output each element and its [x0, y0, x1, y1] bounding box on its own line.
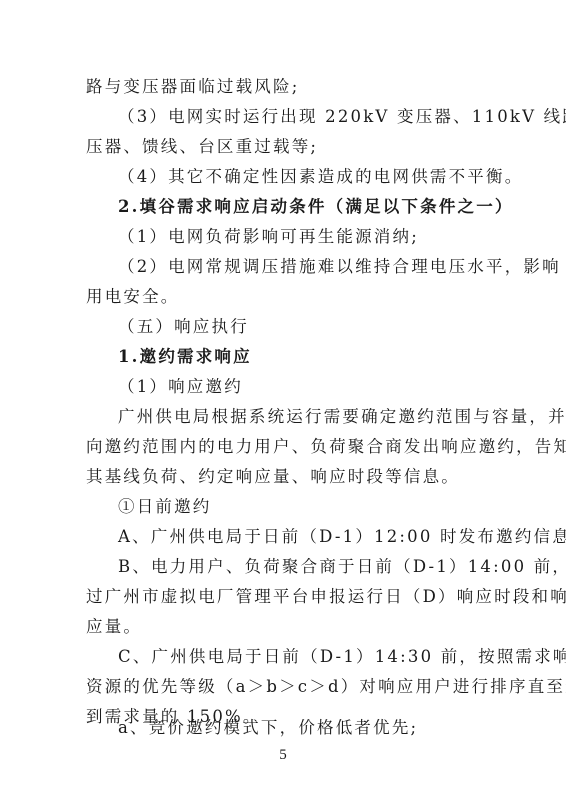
text-line-18: 过广州市虚拟电厂管理平台申报运行日（D）响应时段和响: [86, 587, 566, 607]
item-heading-day-ahead: ①日前邀约: [118, 497, 212, 517]
text-line-1: 路与变压器面临过载风险;: [86, 77, 299, 97]
text-line-13: 向邀约范围内的电力用户、负荷聚合商发出响应邀约，告知: [86, 437, 566, 457]
text-line-12: 广州供电局根据系统运行需要确定邀约范围与容量，并: [118, 407, 566, 427]
text-line-20: C、广州供电局于日前（D-1）14:30 前，按照需求响应: [118, 647, 566, 667]
text-line-17: B、电力用户、负荷聚合商于日前（D-1）14:00 前，通: [118, 557, 566, 577]
section-heading-response-execution: （五）响应执行: [118, 317, 249, 337]
text-line-8: 用电安全。: [86, 287, 180, 307]
text-line-7: （2）电网常规调压措施难以维持合理电压水平，影响: [118, 257, 561, 277]
section-heading-valley-filling: 2.填谷需求响应启动条件（满足以下条件之一）: [118, 197, 514, 217]
text-line-21: 资源的优先等级（a＞b＞c＞d）对响应用户进行排序直至达: [86, 677, 566, 697]
document-page: 路与变压器面临过载风险; （3）电网实时运行出现 220kV 变压器、110kV…: [0, 0, 566, 800]
section-heading-invitation-response: 1.邀约需求响应: [118, 347, 252, 367]
subsection-heading-response-invitation: （1）响应邀约: [118, 377, 243, 397]
text-line-2: （3）电网实时运行出现 220kV 变压器、110kV 线路与变: [118, 107, 566, 127]
text-line-19: 应量。: [86, 617, 142, 637]
text-line-23: a、竞价邀约模式下，价格低者优先;: [118, 718, 418, 738]
text-line-4: （4）其它不确定性因素造成的电网供需不平衡。: [118, 167, 523, 187]
text-line-3: 压器、馈线、台区重过载等;: [86, 137, 318, 157]
text-line-6: （1）电网负荷影响可再生能源消纳;: [118, 227, 419, 247]
text-line-14: 其基线负荷、约定响应量、响应时段等信息。: [86, 467, 460, 487]
page-number: 5: [0, 747, 566, 764]
text-line-16: A、广州供电局于日前（D-1）12:00 时发布邀约信息。: [118, 527, 566, 547]
